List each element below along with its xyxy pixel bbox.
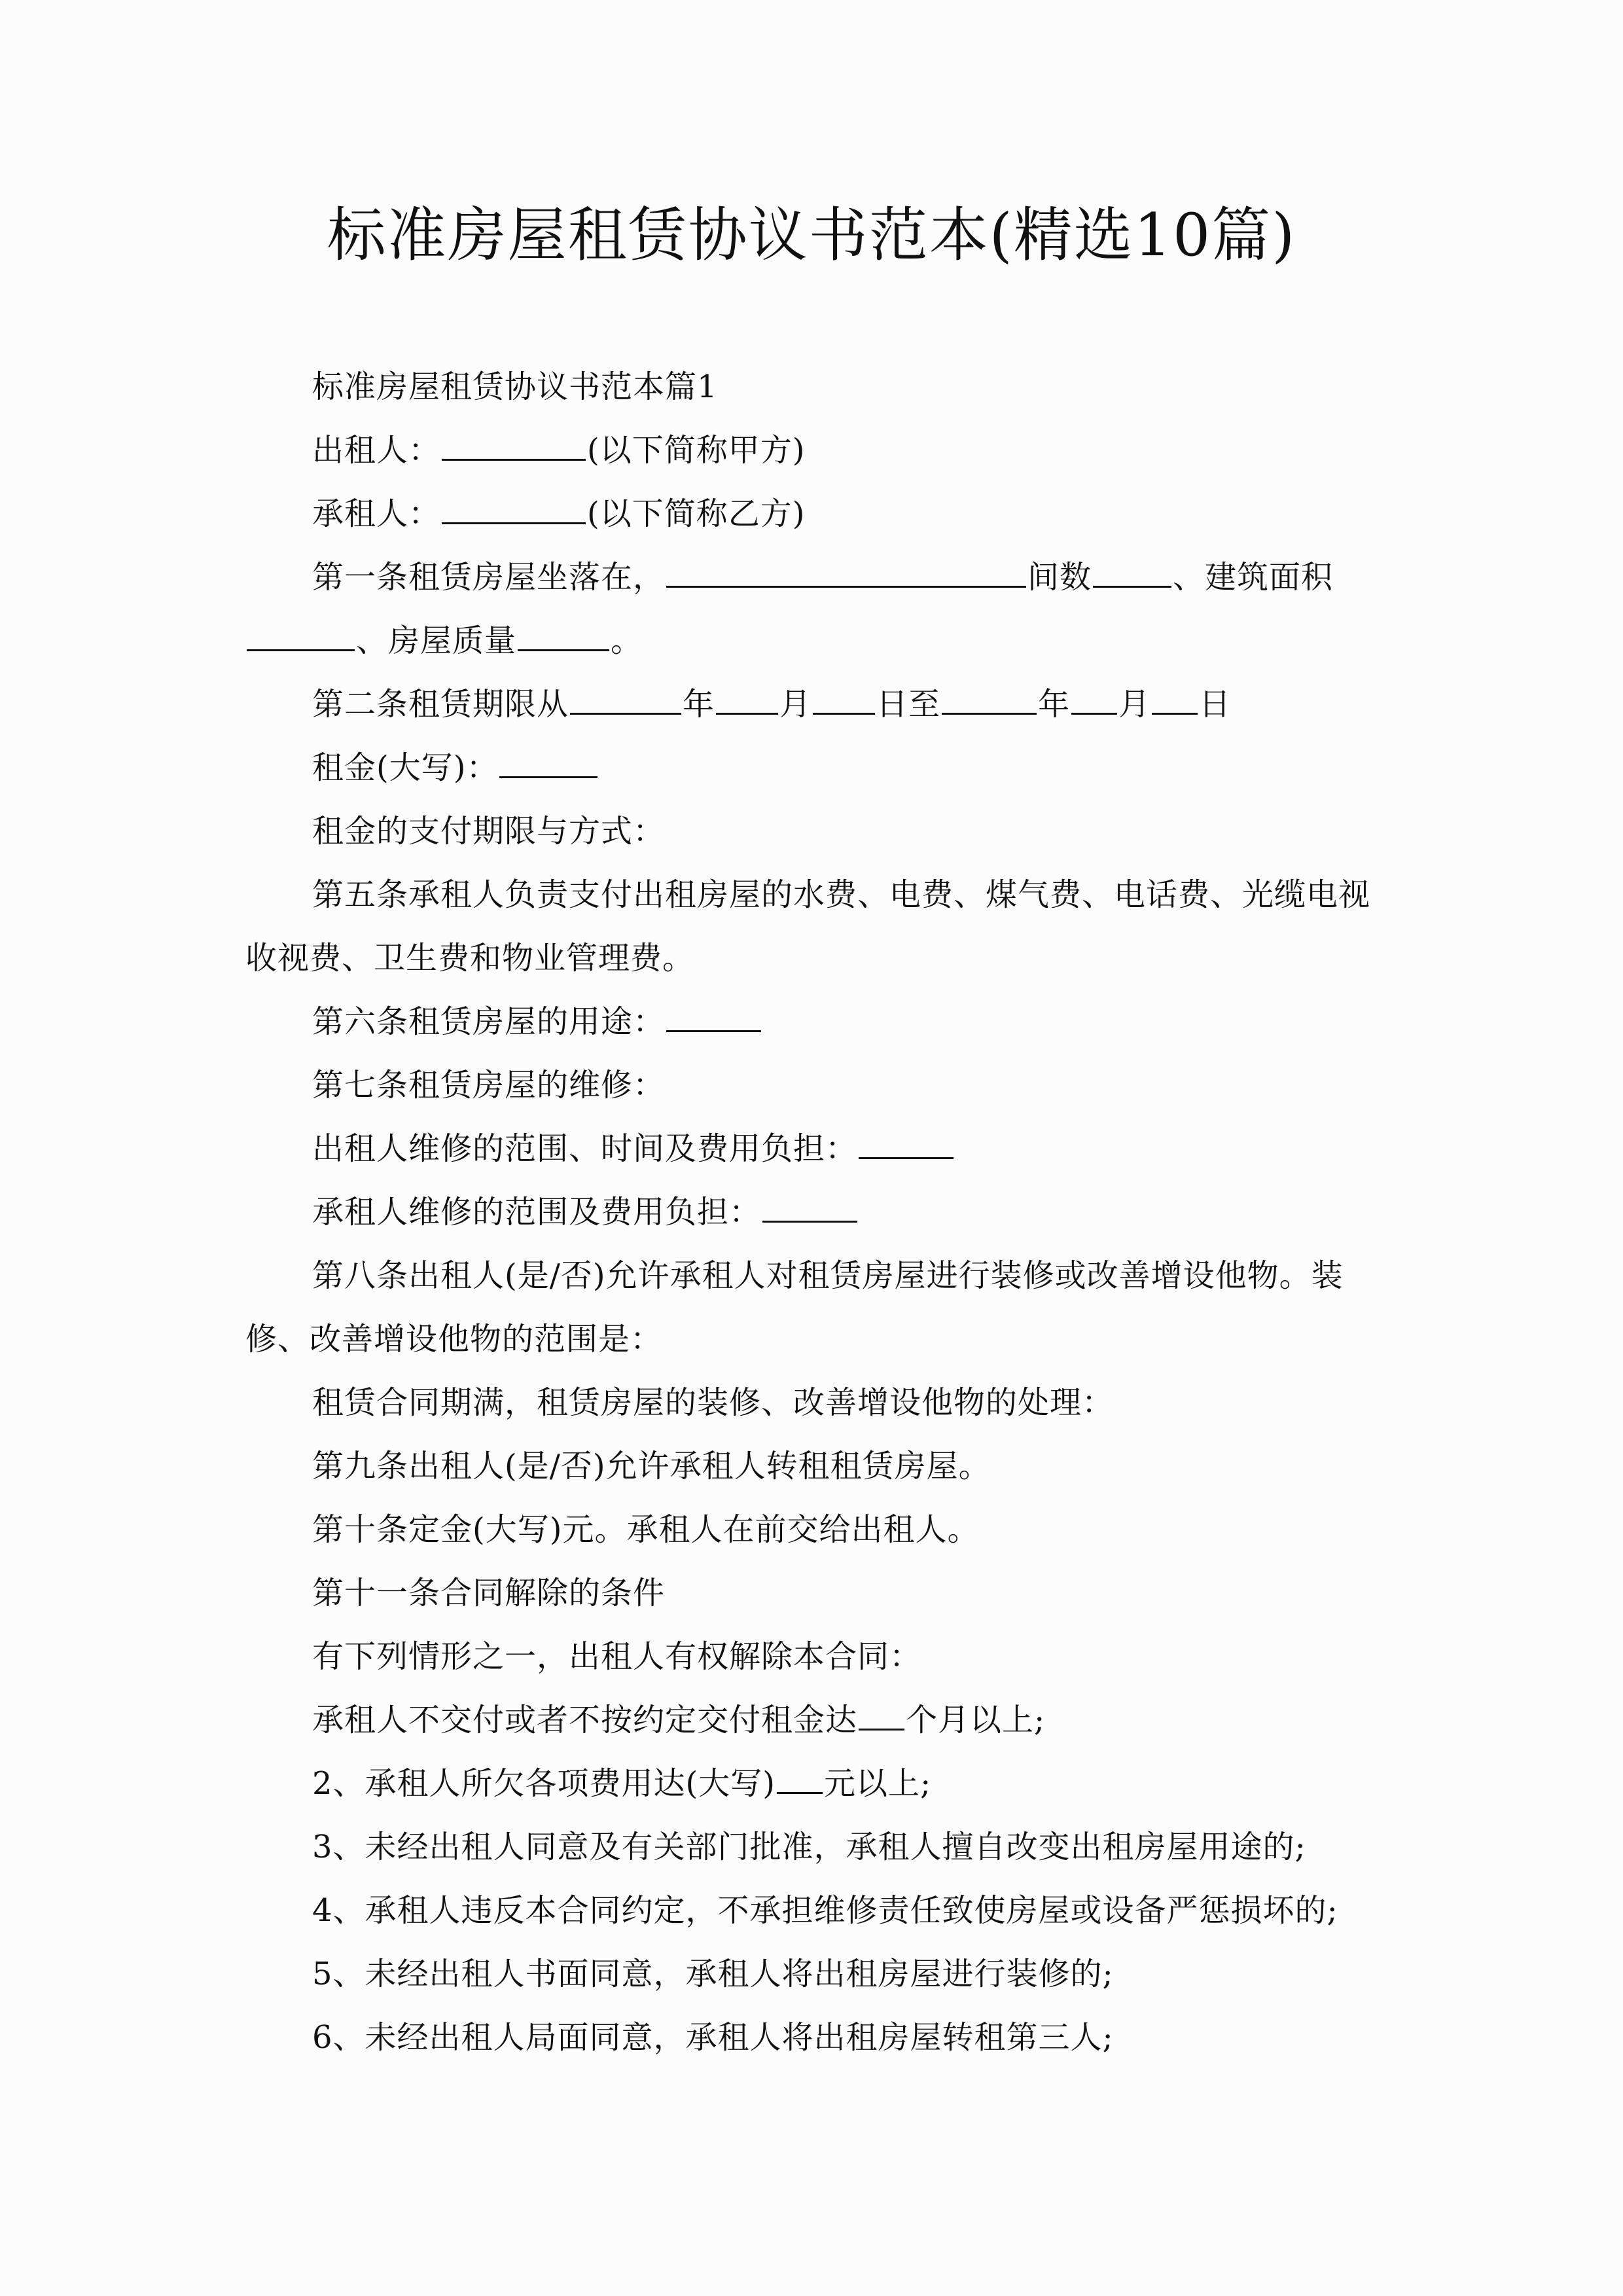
paragraph-text: 第一条租赁房屋坐落在， <box>312 559 665 596</box>
paragraph-text: 日 <box>1199 686 1231 723</box>
document-page: 标准房屋租赁协议书范本(精选10篇) 标准房屋租赁协议书范本篇1 出租人：(以下… <box>0 0 1623 2296</box>
paragraph: 6、未经出租人局面同意，承租人将出租房屋转租第三人; <box>245 2006 1378 2070</box>
fill-in-blank <box>1152 687 1198 715</box>
paragraph-text: 出租人维修的范围、时间及费用负担： <box>312 1130 857 1167</box>
paragraph-text: 、房屋质量 <box>356 622 516 659</box>
fill-in-blank <box>442 433 586 461</box>
paragraph: 有下列情形之一，出租人有权解除本合同： <box>245 1625 1378 1689</box>
fill-in-blank <box>247 623 355 651</box>
paragraph: 出租人维修的范围、时间及费用负担： <box>245 1117 1378 1181</box>
paragraph-text: (以下简称甲方) <box>587 432 805 469</box>
paragraph-text: 。 <box>611 622 643 659</box>
fill-in-blank <box>499 750 597 778</box>
paragraph-text: 第八条出租人(是/否)允许承租人对租赁房屋进行装修或改善增设他物。装修、改善增设… <box>245 1257 1344 1357</box>
paragraph: 承租人不交付或者不按约定交付租金达个月以上; <box>245 1689 1378 1752</box>
paragraph: 2、承租人所欠各项费用达(大写)元以上; <box>245 1752 1378 1816</box>
paragraph-text: 第九条出租人(是/否)允许承租人转租租赁房屋。 <box>312 1448 991 1484</box>
fill-in-blank <box>666 560 1026 588</box>
paragraph: 第二条租赁期限从年月日至年月日 <box>245 673 1378 736</box>
paragraph: 租金(大写)： <box>245 736 1378 800</box>
paragraph-text: 日至 <box>876 686 940 723</box>
fill-in-blank <box>666 1004 761 1032</box>
paragraph-text: 2、承租人所欠各项费用达(大写) <box>312 1765 776 1802</box>
paragraph-text: 租赁合同期满，租赁房屋的装修、改善增设他物的处理： <box>312 1384 1114 1421</box>
fill-in-blank <box>570 687 681 715</box>
paragraph-text: 3、未经出租人同意及有关部门批准，承租人擅自改变出租房屋用途的; <box>312 1829 1306 1865</box>
paragraph-text: 出租人： <box>312 432 440 469</box>
paragraph: 第九条出租人(是/否)允许承租人转租租赁房屋。 <box>245 1435 1378 1498</box>
fill-in-blank <box>942 687 1037 715</box>
paragraph-text: 租金的支付期限与方式： <box>312 813 665 850</box>
paragraph-text: 间数 <box>1027 559 1092 596</box>
paragraph-text: 、建筑面积 <box>1173 559 1333 596</box>
fill-in-blank <box>1093 560 1171 588</box>
paragraph-text: 5、未经出租人书面同意，承租人将出租房屋进行装修的; <box>312 1956 1114 1992</box>
paragraph-text: 承租人不交付或者不按约定交付租金达 <box>312 1702 857 1738</box>
paragraph-text: 年 <box>1038 686 1070 723</box>
paragraph-text: 第十条定金(大写)元。承租人在前交给出租人。 <box>312 1511 979 1548</box>
document-body: 标准房屋租赁协议书范本篇1 出租人：(以下简称甲方)承租人：(以下简称乙方)第一… <box>245 355 1378 2070</box>
paragraph: 5、未经出租人书面同意，承租人将出租房屋进行装修的; <box>245 1943 1378 2006</box>
paragraph: 承租人：(以下简称乙方) <box>245 482 1378 546</box>
paragraph-text: 第七条租赁房屋的维修： <box>312 1067 665 1103</box>
paragraph-text: 承租人： <box>312 495 440 532</box>
paragraph: 第六条租赁房屋的用途： <box>245 990 1378 1054</box>
paragraph: 第八条出租人(是/否)允许承租人对租赁房屋进行装修或改善增设他物。装修、改善增设… <box>245 1244 1378 1371</box>
paragraph: 出租人：(以下简称甲方) <box>245 419 1378 482</box>
fill-in-blank <box>716 687 778 715</box>
paragraph-text: 个月以上; <box>906 1702 1045 1738</box>
paragraph-text: 年 <box>683 686 715 723</box>
fill-in-blank <box>518 623 609 651</box>
fill-in-blank <box>777 1766 823 1794</box>
fill-in-blank <box>1071 687 1117 715</box>
paragraph-text: (以下简称乙方) <box>587 495 805 532</box>
paragraph: 第十条定金(大写)元。承租人在前交给出租人。 <box>245 1498 1378 1562</box>
paragraph-text: 第十一条合同解除的条件 <box>312 1575 665 1611</box>
paragraph: 租金的支付期限与方式： <box>245 800 1378 863</box>
paragraph: 租赁合同期满，租赁房屋的装修、改善增设他物的处理： <box>245 1371 1378 1435</box>
paragraph: 第一条租赁房屋坐落在，间数、建筑面积、房屋质量。 <box>245 546 1378 673</box>
fill-in-blank <box>762 1194 857 1223</box>
fill-in-blank <box>442 496 586 524</box>
paragraph-text: 第五条承租人负责支付出租房屋的水费、电费、煤气费、电话费、光缆电视收视费、卫生费… <box>245 876 1370 977</box>
fill-in-blank <box>859 1131 954 1159</box>
paragraph-text: 有下列情形之一，出租人有权解除本合同： <box>312 1638 921 1675</box>
paragraph-text: 第六条租赁房屋的用途： <box>312 1003 665 1040</box>
fill-in-blank <box>859 1702 904 1731</box>
paragraph-text: 4、承租人违反本合同约定，不承担维修责任致使房屋或设备严惩损坏的; <box>312 1892 1338 1929</box>
paragraph: 第五条承租人负责支付出租房屋的水费、电费、煤气费、电话费、光缆电视收视费、卫生费… <box>245 863 1378 990</box>
paragraph: 4、承租人违反本合同约定，不承担维修责任致使房屋或设备严惩损坏的; <box>245 1879 1378 1943</box>
section-heading: 标准房屋租赁协议书范本篇1 <box>245 355 1378 419</box>
paragraph-text: 月 <box>1118 686 1150 723</box>
fill-in-blank <box>813 687 875 715</box>
paragraph-text: 第二条租赁期限从 <box>312 686 569 723</box>
paragraph-text: 租金(大写)： <box>312 749 498 786</box>
paragraph-text: 月 <box>779 686 811 723</box>
paragraph: 承租人维修的范围及费用负担： <box>245 1181 1378 1244</box>
paragraph-list: 出租人：(以下简称甲方)承租人：(以下简称乙方)第一条租赁房屋坐落在，间数、建筑… <box>245 419 1378 2070</box>
paragraph: 第七条租赁房屋的维修： <box>245 1054 1378 1117</box>
paragraph-text: 承租人维修的范围及费用负担： <box>312 1194 761 1230</box>
paragraph-text: 元以上; <box>824 1765 931 1802</box>
paragraph-text: 6、未经出租人局面同意，承租人将出租房屋转租第三人; <box>312 2019 1114 2056</box>
document-title: 标准房屋租赁协议书范本(精选10篇) <box>0 196 1623 275</box>
paragraph: 3、未经出租人同意及有关部门批准，承租人擅自改变出租房屋用途的; <box>245 1816 1378 1879</box>
paragraph: 第十一条合同解除的条件 <box>245 1562 1378 1625</box>
